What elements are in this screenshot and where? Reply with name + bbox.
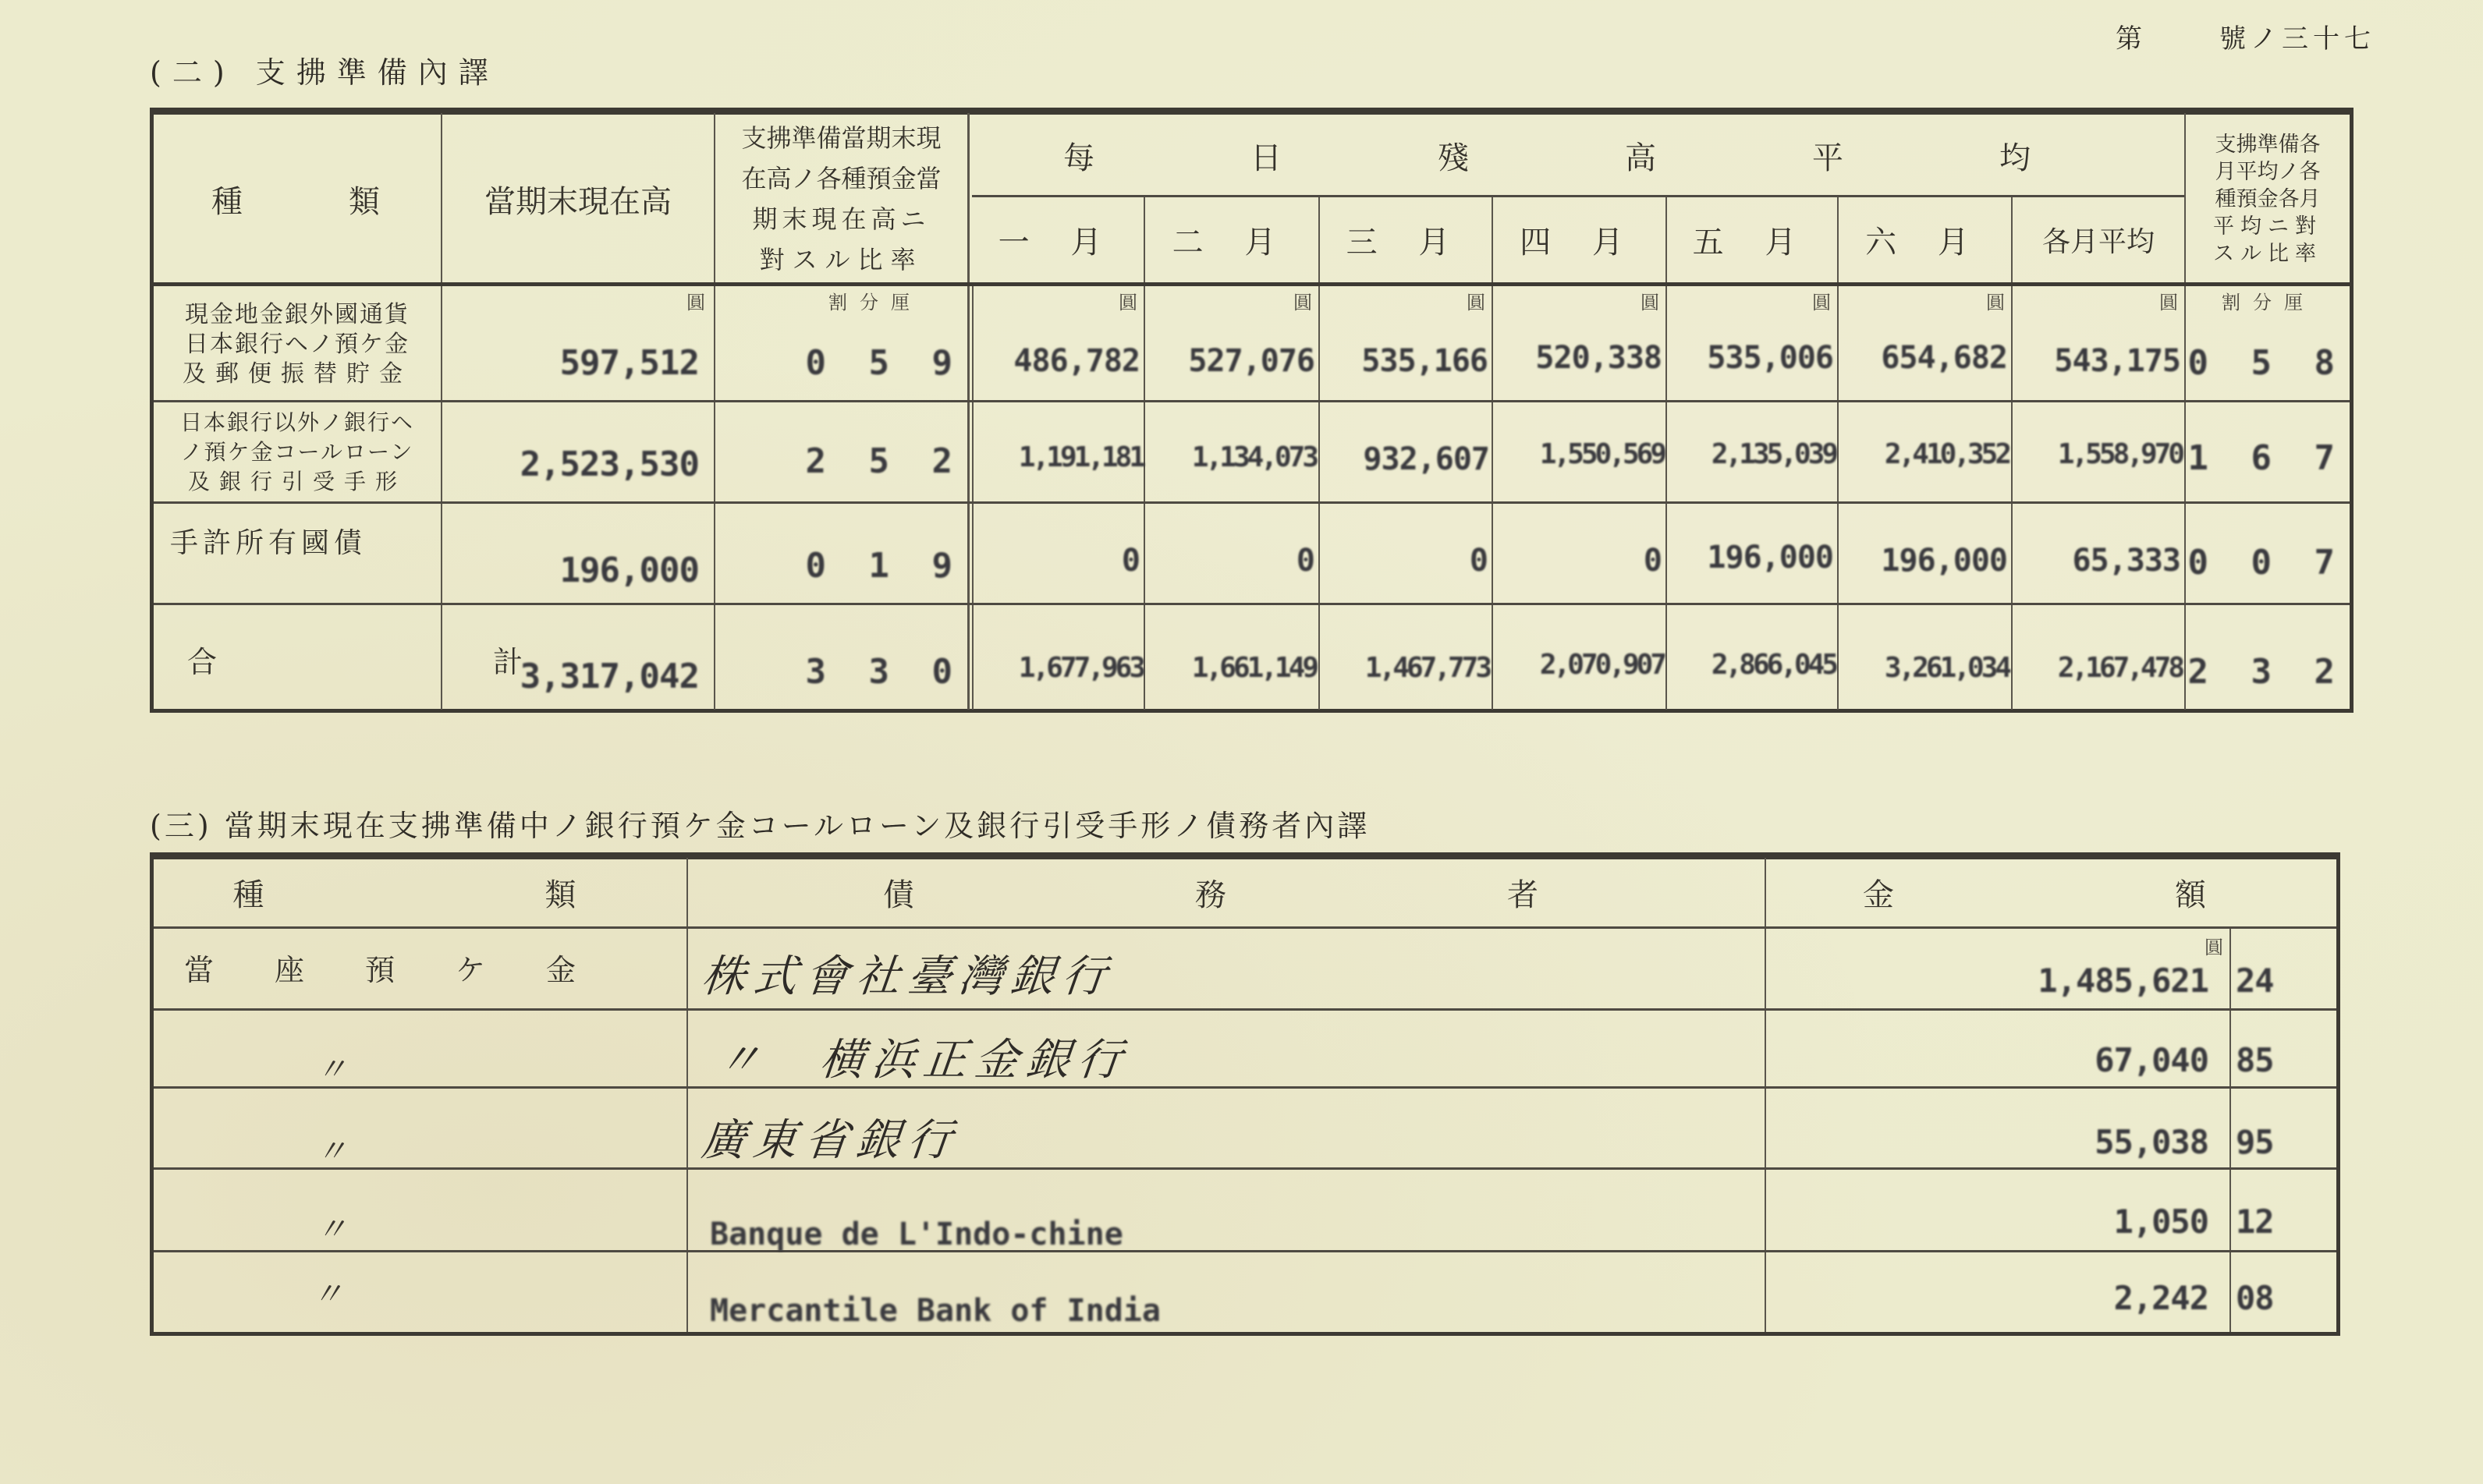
row-kind-line: 及銀行引受手形 xyxy=(180,467,414,497)
month-4-value: 1,550,569 xyxy=(1540,438,1664,470)
header-month-1: 一 月 xyxy=(972,197,1144,282)
debtor-name: 株式會社臺灣銀行 xyxy=(699,942,1117,1004)
header-kind-label: 種 類 xyxy=(233,870,608,915)
amount-yen: 1,050 xyxy=(2114,1202,2208,1241)
month-1-value: 1,191,181 xyxy=(1019,441,1143,473)
month-1-value: 486,782 xyxy=(1013,343,1140,379)
month-label: 六 月 xyxy=(1865,218,1985,262)
month-2-value: 1,134,073 xyxy=(1192,441,1316,473)
unit-yen: 圓 xyxy=(2159,287,2178,314)
month-6-value: 654,682 xyxy=(1881,340,2007,376)
row-kind-total: 合 計 xyxy=(187,638,569,681)
header-month-2: 二 月 xyxy=(1145,197,1318,282)
header-ratio-line: 期末現在高ニ xyxy=(741,199,941,239)
amount-sen: 95 xyxy=(2236,1123,2274,1161)
month-5-value: 2,135,039 xyxy=(1711,438,1836,470)
current-balance: 597,512 xyxy=(560,343,699,383)
header-month-5: 五 月 xyxy=(1667,197,1837,282)
month-6-value: 3,261,034 xyxy=(1885,652,2009,684)
row-kind-line: 日本銀行以外ノ銀行ヘ xyxy=(180,408,414,437)
month-5-value: 535,006 xyxy=(1707,340,1833,376)
header-month-4: 四 月 xyxy=(1493,197,1665,282)
unit-yen: 圓 xyxy=(1467,287,1485,314)
month-4-value: 2,070,907 xyxy=(1540,649,1664,681)
month-4-value: 520,338 xyxy=(1535,340,1662,376)
header-average-ratio: 支拂準備各 月平均ノ各 種預金各月 平均ニ對 スル比率 xyxy=(2186,115,2350,282)
header-amount-label: 金 額 xyxy=(1863,870,2237,915)
unit-yen: 圓 xyxy=(1986,287,2005,314)
header-avg-ratio-line: 種預金各月 xyxy=(2213,186,2322,213)
current-balance: 2,523,530 xyxy=(520,444,699,484)
unit-yen: 圓 xyxy=(1293,287,1312,314)
row-kind-ditto: 〃 xyxy=(316,1127,347,1171)
monthly-average-value: 543,175 xyxy=(2054,343,2180,379)
header-avg-ratio-line: スル比率 xyxy=(2213,240,2322,267)
header-kind-label: 種 類 xyxy=(211,177,383,221)
header-daily-average-label: 每 日 殘 高 平 均 xyxy=(1063,133,2093,178)
unit-yen: 圓 xyxy=(686,287,705,314)
month-3-value: 1,467,773 xyxy=(1365,652,1489,684)
unit-ratio: 割分厘 xyxy=(2222,287,2315,314)
header-kind: 種 類 xyxy=(154,115,441,282)
monthly-average-label: 各月平均 xyxy=(2042,220,2155,260)
amount-sen: 24 xyxy=(2236,962,2274,1000)
header-kind: 種 類 xyxy=(154,858,686,926)
amount-yen: 55,038 xyxy=(2095,1123,2208,1161)
header-debtor: 債 務 者 xyxy=(688,858,1765,926)
ratio: 3 3 0 xyxy=(806,652,963,692)
header-ratio-line: 在高ノ各種預金當 xyxy=(741,158,941,199)
month-label: 二 月 xyxy=(1172,218,1292,262)
row-kind: 現金地金銀外國通貨日本銀行ヘノ預ケ金及郵便振替貯金 xyxy=(154,289,441,400)
page-number: 號ノ三十七 xyxy=(2219,17,2375,55)
month-3-value: 535,166 xyxy=(1361,343,1488,379)
row-kind-line: 日本銀行ヘノ預ケ金 xyxy=(183,330,412,359)
header-current-balance: 當期末現在高 xyxy=(442,115,714,282)
row-kind-ditto: 〃 xyxy=(316,1045,347,1089)
header-daily-average-group: 每 日 殘 高 平 均 xyxy=(972,115,2184,195)
section-2-title: (二) 支拂準備內譯 xyxy=(150,48,499,91)
row-kind-line: 手許所有國債 xyxy=(170,527,367,559)
row-kind-ditto: 〃 xyxy=(312,1270,343,1314)
month-3-value: 0 xyxy=(1470,543,1488,579)
month-3-value: 932,607 xyxy=(1363,441,1489,477)
row-kind-ditto: 〃 xyxy=(316,1205,347,1249)
average-ratio: 0 5 8 xyxy=(2188,343,2346,383)
amount-sen: 08 xyxy=(2236,1279,2274,1317)
monthly-average-value: 1,558,970 xyxy=(2058,438,2182,470)
unit-ratio: 割分厘 xyxy=(828,287,922,314)
current-balance: 3,317,042 xyxy=(520,657,699,696)
monthly-average-value: 2,167,478 xyxy=(2058,652,2182,684)
unit-yen: 圓 xyxy=(1641,287,1659,314)
header-month-3: 三 月 xyxy=(1320,197,1492,282)
average-ratio: 1 6 7 xyxy=(2188,438,2346,478)
header-monthly-average: 各月平均 xyxy=(2013,197,2184,282)
month-2-value: 0 xyxy=(1296,543,1314,579)
month-label: 五 月 xyxy=(1693,218,1812,262)
row-kind: 當 座 預 ケ 金 xyxy=(184,946,591,989)
row-kind-line: 現金地金銀外國通貨 xyxy=(183,300,412,330)
header-amount: 金 額 xyxy=(1766,858,2334,926)
ratio: 0 5 9 xyxy=(806,343,963,383)
amount-sen: 12 xyxy=(2236,1202,2274,1241)
month-4-value: 0 xyxy=(1644,543,1662,579)
month-1-value: 0 xyxy=(1122,543,1140,579)
ratio: 2 5 2 xyxy=(806,441,963,481)
month-2-value: 527,076 xyxy=(1188,343,1314,379)
month-6-value: 196,000 xyxy=(1881,543,2007,579)
ratio: 0 1 9 xyxy=(806,546,963,586)
header-current-balance-label: 當期末現在高 xyxy=(484,177,672,221)
row-kind: 手許所有國債 xyxy=(170,529,367,558)
debtor-name: 〃 横浜正金銀行 xyxy=(715,1025,1133,1088)
header-ratio: 支拂準備當期末現 在高ノ各種預金當 期末現在高ニ 對スル比率 xyxy=(715,115,967,282)
month-label: 四 月 xyxy=(1520,218,1639,262)
header-ratio-line: 支拂準備當期末現 xyxy=(741,118,941,158)
page-number-prefix: 第 xyxy=(2116,17,2142,55)
row-kind-line: 及郵便振替貯金 xyxy=(183,359,412,389)
amount-yen: 67,040 xyxy=(2095,1041,2208,1079)
header-debtor-label: 債 務 者 xyxy=(883,870,1570,915)
debtor-name: Banque de L'Indo-chine xyxy=(710,1217,1123,1252)
row-kind: 日本銀行以外ノ銀行ヘノ預ケ金コールローン及銀行引受手形 xyxy=(154,402,441,501)
header-avg-ratio-line: 月平均ノ各 xyxy=(2213,158,2322,186)
month-label: 一 月 xyxy=(999,218,1118,262)
row-kind-line: ノ預ケ金コールローン xyxy=(180,437,414,467)
section-3-title: (三) 當期末現在支拂準備中ノ銀行預ケ金コールローン及銀行引受手形ノ債務者內譯 xyxy=(150,802,1370,845)
debtor-name: 廣東省銀行 xyxy=(699,1106,963,1168)
unit-yen: 圓 xyxy=(2205,932,2223,959)
monthly-average-value: 65,333 xyxy=(2073,543,2181,579)
header-avg-ratio-line: 支拂準備各 xyxy=(2213,131,2322,158)
amount-yen: 1,485,621 xyxy=(2038,962,2208,1000)
amount-sen: 85 xyxy=(2236,1041,2274,1079)
month-6-value: 2,410,352 xyxy=(1885,438,2009,470)
month-1-value: 1,677,963 xyxy=(1019,652,1143,684)
row-kind-line: 合 計 xyxy=(187,645,569,679)
amount-yen: 2,242 xyxy=(2114,1279,2208,1317)
month-2-value: 1,661,149 xyxy=(1192,652,1316,684)
unit-yen: 圓 xyxy=(1812,287,1831,314)
unit-yen: 圓 xyxy=(1119,287,1137,314)
header-month-6: 六 月 xyxy=(1839,197,2011,282)
average-ratio: 2 3 2 xyxy=(2188,652,2346,692)
header-avg-ratio-line: 平均ニ對 xyxy=(2213,213,2322,240)
month-5-value: 196,000 xyxy=(1707,540,1833,576)
month-5-value: 2,866,045 xyxy=(1711,649,1836,681)
header-ratio-line: 對スル比率 xyxy=(741,239,941,280)
average-ratio: 0 0 7 xyxy=(2188,543,2346,583)
debtor-name: Mercantile Bank of India xyxy=(710,1293,1161,1329)
month-label: 三 月 xyxy=(1346,218,1466,262)
current-balance: 196,000 xyxy=(560,551,699,590)
